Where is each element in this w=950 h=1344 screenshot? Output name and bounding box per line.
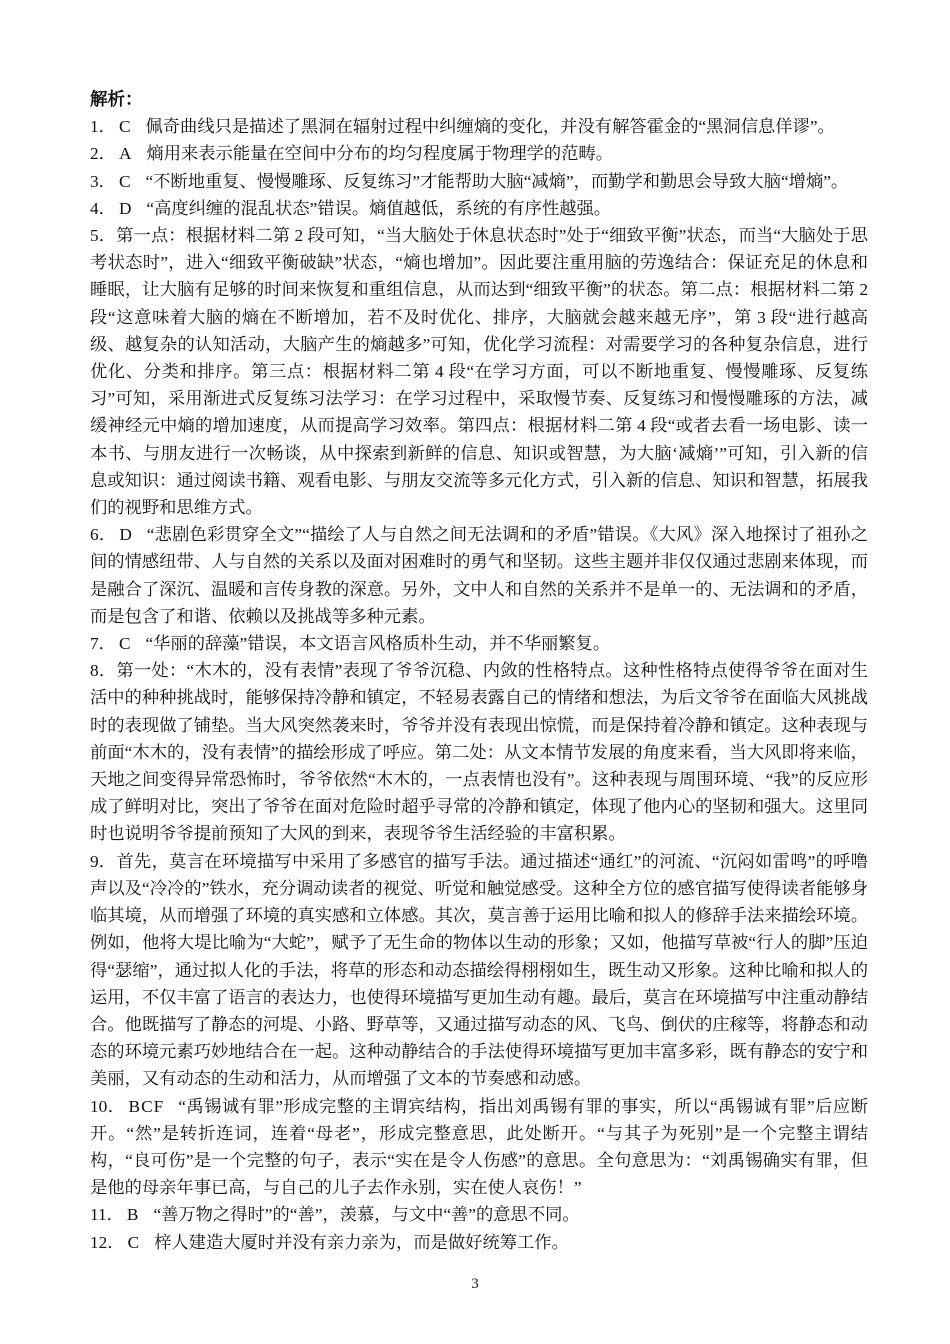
answer-item: 6．D“悲剧色彩贯穿全文”“描绘了人与自然之间无法调和的矛盾”错误。《大风》深入… (90, 521, 868, 630)
item-text: “禹锡诚有罪”形成完整的主谓宾结构，指出刘禹锡有罪的事实，所以“禹锡诚有罪”后应… (90, 1097, 868, 1198)
answer-item: 12．C梓人建造大厦时并没有亲力亲为，而是做好统筹工作。 (90, 1229, 868, 1256)
item-number: 3． (90, 172, 116, 191)
item-number: 12． (90, 1233, 125, 1252)
item-text: “善万物之得时”的“善”，羡慕，与文中“善”的意思不同。 (153, 1205, 579, 1224)
item-answer: D (119, 525, 132, 544)
item-text: “不断地重复、慢慢雕琢、反复练习”才能帮助大脑“减熵”，而勤学和勤思会导致大脑“… (145, 172, 848, 191)
answer-item: 1．C佩奇曲线只是描述了黑洞在辐射过程中纠缠熵的变化，并没有解答霍金的“黑洞信息… (90, 113, 868, 140)
item-text: “华丽的辞藻”错误，本文语言风格质朴生动，并不华丽繁复。 (145, 634, 610, 653)
item-number: 6． (90, 525, 116, 544)
item-number: 7． (90, 634, 116, 653)
item-answer: C (119, 634, 132, 653)
answer-item: 11．B“善万物之得时”的“善”，羡慕，与文中“善”的意思不同。 (90, 1201, 868, 1228)
item-number: 8． (90, 661, 116, 680)
item-text: 佩奇曲线只是描述了黑洞在辐射过程中纠缠熵的变化，并没有解答霍金的“黑洞信息佯谬”… (145, 117, 834, 136)
item-text: 第一处：“木木的，没有表情”表现了爷爷沉稳、内敛的性格特点。这种性格特点使得爷爷… (90, 661, 868, 843)
answer-item: 3．C“不断地重复、慢慢雕琢、反复练习”才能帮助大脑“减熵”，而勤学和勤思会导致… (90, 168, 868, 195)
answer-item: 7．C“华丽的辞藻”错误，本文语言风格质朴生动，并不华丽繁复。 (90, 630, 868, 657)
item-answer: C (119, 172, 132, 191)
page-number: 3 (0, 1276, 950, 1293)
item-answer: B (127, 1205, 140, 1224)
item-answer: D (119, 199, 132, 218)
item-text: 熵用来表示能量在空间中分布的均匀程度属于物理学的范畴。 (146, 144, 613, 163)
answer-item: 4．D“高度纠缠的混乱状态”错误。熵值越低，系统的有序性越强。 (90, 195, 868, 222)
item-number: 2． (90, 144, 116, 163)
item-number: 1． (90, 117, 116, 136)
answer-item: 5．第一点：根据材料二第 2 段可知，“当大脑处于休息状态时”处于“细致平衡”状… (90, 222, 868, 521)
item-text: “悲剧色彩贯穿全文”“描绘了人与自然之间无法调和的矛盾”错误。《大风》深入地探讨… (90, 525, 868, 626)
item-number: 4． (90, 199, 116, 218)
item-answer: A (119, 144, 132, 163)
answer-item: 10．BCF“禹锡诚有罪”形成完整的主谓宾结构，指出刘禹锡有罪的事实，所以“禹锡… (90, 1093, 868, 1202)
item-answer: C (119, 117, 132, 136)
item-number: 11． (90, 1205, 124, 1224)
answer-analysis-section: 解析： 1．C佩奇曲线只是描述了黑洞在辐射过程中纠缠熵的变化，并没有解答霍金的“… (90, 86, 868, 1256)
item-text: 梓人建造大厦时并没有亲力亲为，而是做好统筹工作。 (154, 1233, 569, 1252)
item-answer: C (128, 1233, 141, 1252)
item-text: 首先，莫言在环境描写中采用了多感官的描写手法。通过描述“通红”的河流、“沉闷如雷… (90, 852, 868, 1089)
item-text: “高度纠缠的混乱状态”错误。熵值越低，系统的有序性越强。 (146, 199, 611, 218)
answer-item: 8．第一处：“木木的，没有表情”表现了爷爷沉稳、内敛的性格特点。这种性格特点使得… (90, 657, 868, 847)
item-number: 9． (90, 852, 116, 871)
item-answer: BCF (129, 1097, 165, 1116)
item-number: 10． (90, 1097, 126, 1116)
analysis-heading: 解析： (90, 86, 868, 113)
document-page: 解析： 1．C佩奇曲线只是描述了黑洞在辐射过程中纠缠熵的变化，并没有解答霍金的“… (0, 0, 950, 1344)
answer-item: 2．A熵用来表示能量在空间中分布的均匀程度属于物理学的范畴。 (90, 140, 868, 167)
item-text: 第一点：根据材料二第 2 段可知，“当大脑处于休息状态时”处于“细致平衡”状态，… (90, 226, 868, 517)
item-number: 5． (90, 226, 116, 245)
answer-item: 9．首先，莫言在环境描写中采用了多感官的描写手法。通过描述“通红”的河流、“沉闷… (90, 848, 868, 1093)
